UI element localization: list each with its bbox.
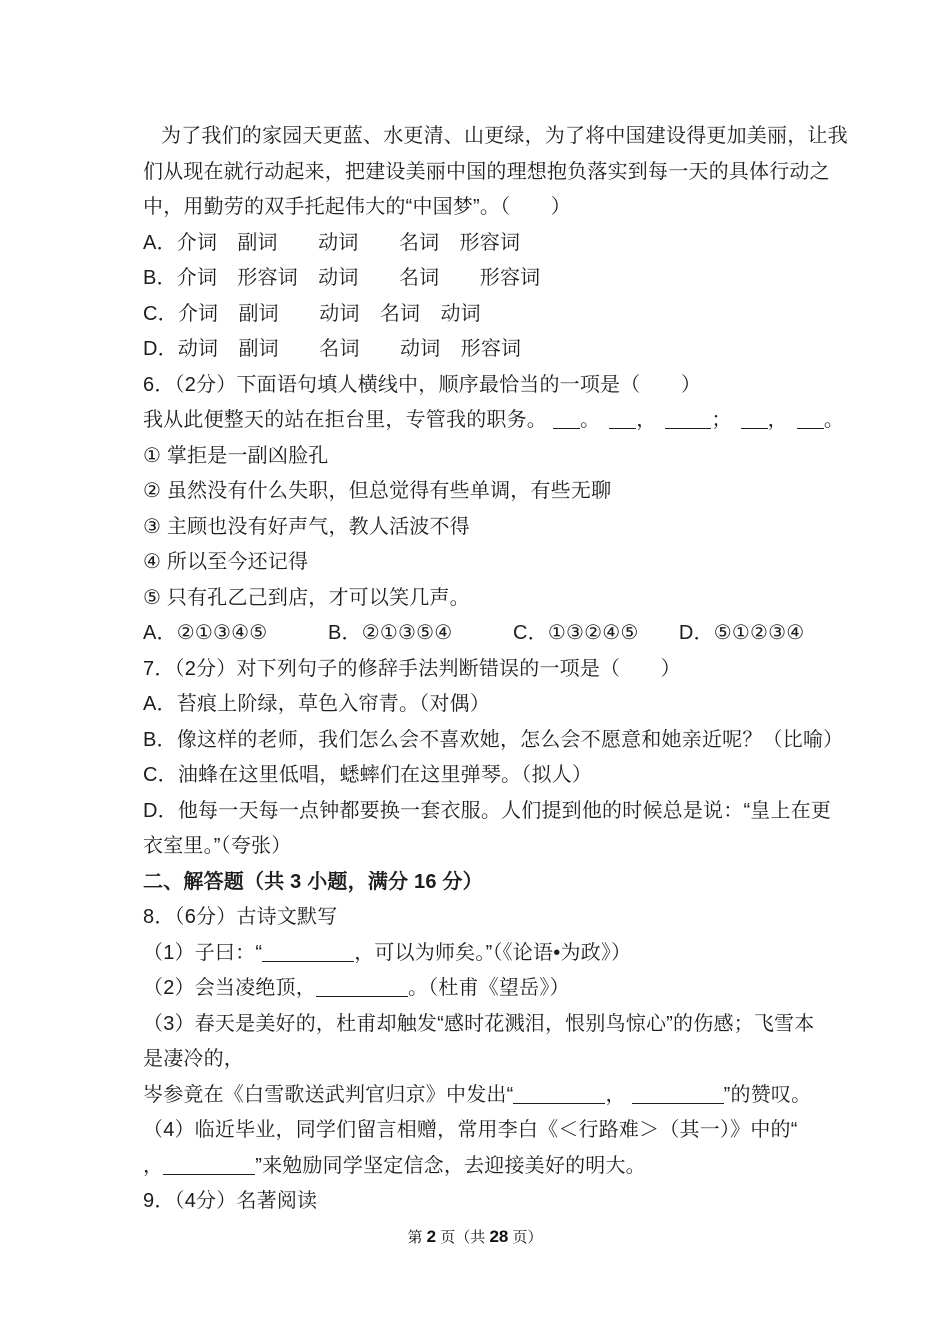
text-run: A．介词 副词 动词 名词 形容词 bbox=[143, 232, 520, 254]
fill-in-blank-underline bbox=[665, 426, 711, 429]
text-run: ， bbox=[768, 409, 788, 431]
q5-option-d: D．动词 副词 名词 动词 形容词 bbox=[143, 332, 850, 368]
text-run: 28 bbox=[489, 1227, 508, 1246]
text-run: D．他每一天每一点钟都要换一套衣服。人们提到他的时候总是说：“皇上在更 bbox=[143, 800, 831, 822]
q7-option-a: A．苔痕上阶绿，草色入帘青。（对偶） bbox=[143, 687, 850, 723]
text-run: ”来勉励同学坚定信念，去迎接美好的明大。 bbox=[255, 1155, 646, 1177]
text-run: ， bbox=[605, 1084, 625, 1106]
text-run: （3）春天是美好的，杜甫却触发“感时花溅泪，恨别鸟惊心”的伤感；飞雪本 bbox=[143, 1013, 814, 1035]
fill-in-blank-underline bbox=[553, 426, 580, 429]
q8-sub-1: （1）子曰：“，可以为师矣。”（《论语•为政》） bbox=[143, 936, 850, 972]
q6-item-4: ④ 所以至今还记得 bbox=[143, 545, 850, 581]
document-body: 为了我们的家园天更蓝、水更清、山更绿，为了将中国建设得更加美丽，让我们从现在就行… bbox=[143, 119, 850, 1220]
q8-sub-3-line-2: 是凄冷的， bbox=[143, 1042, 850, 1078]
text-run: 岑参竟在《白雪歌送武判官归京》中发出“ bbox=[143, 1084, 513, 1106]
text-run: 8．（6分）古诗文默写 bbox=[143, 906, 337, 928]
fill-in-blank-underline bbox=[632, 1101, 724, 1104]
text-run: （1）子曰：“ bbox=[143, 942, 262, 964]
q7-option-b: B．像这样的老师，我们怎么会不喜欢她，怎么会不愿意和她亲近呢？（比喻） bbox=[143, 723, 850, 759]
q8-stem: 8．（6分）古诗文默写 bbox=[143, 900, 850, 936]
text-run: 。（杜甫《望岳》） bbox=[408, 977, 570, 999]
q8-sub-3-line-1: （3）春天是美好的，杜甫却触发“感时花溅泪，恨别鸟惊心”的伤感；飞雪本 bbox=[143, 1007, 850, 1043]
q5-passage-line-2: 们从现在就行动起来，把建设美丽中国的理想抱负落实到每一天的具体行动之 bbox=[143, 155, 850, 191]
text-run: 为了我们的家园天更蓝、水更清、山更绿，为了将中国建设得更加美丽，让我 bbox=[161, 125, 848, 147]
fill-in-blank-underline bbox=[741, 426, 768, 429]
q7-option-d-line-2: 衣室里。”（夸张） bbox=[143, 829, 850, 865]
text-run: 9．（4分）名著阅读 bbox=[143, 1190, 317, 1212]
text-run: 是凄冷的， bbox=[143, 1048, 244, 1070]
text-run: ， bbox=[636, 409, 656, 431]
text-run: ④ 所以至今还记得 bbox=[143, 551, 308, 573]
text-run: 。 bbox=[580, 409, 600, 431]
text-run: C．油蜂在这里低唱，蟋蟀们在这里弹琴。（拟人） bbox=[143, 764, 592, 786]
text-run: A．苔痕上阶绿，草色入帘青。（对偶） bbox=[143, 693, 490, 715]
text-run: 们从现在就行动起来，把建设美丽中国的理想抱负落实到每一天的具体行动之 bbox=[143, 161, 830, 183]
q5-passage-line-3: 中，用勤劳的双手托起伟大的“中国梦”。（ ） bbox=[143, 190, 850, 226]
text-run: 页） bbox=[508, 1229, 542, 1246]
text-run: 页（共 bbox=[436, 1229, 489, 1246]
q6-sentence-with-blanks: 我从此便整天的站在拒台里，专管我的职务。。，；，。 bbox=[143, 403, 850, 439]
q6-item-3: ③ 主顾也没有好声气，教人活波不得 bbox=[143, 510, 850, 546]
q8-sub-4-line-1: （4）临近毕业，同学们留言相赠，常用李白《＜行路难＞（其一）》中的“ bbox=[143, 1113, 850, 1149]
q6-options-row: A．②①③④⑤ B．②①③⑤④ C．①③②④⑤ D．⑤①②③④ bbox=[143, 616, 850, 652]
text-run: A．②①③④⑤ B．②①③⑤④ C．①③②④⑤ D．⑤①②③④ bbox=[143, 622, 804, 644]
fill-in-blank-underline bbox=[797, 426, 824, 429]
text-run: B．像这样的老师，我们怎么会不喜欢她，怎么会不愿意和她亲近呢？（比喻） bbox=[143, 729, 843, 751]
text-run: 中，用勤劳的双手托起伟大的“中国梦”。（ ） bbox=[143, 196, 571, 218]
text-run: （4）临近毕业，同学们留言相赠，常用李白《＜行路难＞（其一）》中的“ bbox=[143, 1119, 798, 1141]
q8-sub-3-line-3: 岑参竟在《白雪歌送武判官归京》中发出“，”的赞叹。 bbox=[143, 1078, 850, 1114]
text-run: ③ 主顾也没有好声气，教人活波不得 bbox=[143, 516, 470, 538]
q5-option-b: B．介词 形容词 动词 名词 形容词 bbox=[143, 261, 850, 297]
text-run: ， bbox=[143, 1155, 163, 1177]
text-run: 二、解答题（共 3 小题，满分 16 分） bbox=[143, 871, 483, 893]
q9-stem: 9．（4分）名著阅读 bbox=[143, 1184, 850, 1220]
text-run: 6．（2分）下面语句填人横线中，顺序最恰当的一项是（ ） bbox=[143, 374, 701, 396]
fill-in-blank-underline bbox=[513, 1101, 605, 1104]
q7-option-d-line-1: D．他每一天每一点钟都要换一套衣服。人们提到他的时候总是说：“皇上在更 bbox=[143, 794, 850, 830]
q6-item-1: ① 掌拒是一副凶脸孔 bbox=[143, 439, 850, 475]
text-run: 。 bbox=[824, 409, 844, 431]
text-run: C．介词 副词 动词 名词 动词 bbox=[143, 303, 481, 325]
fill-in-blank-underline bbox=[609, 426, 636, 429]
q6-stem: 6．（2分）下面语句填人横线中，顺序最恰当的一项是（ ） bbox=[143, 368, 850, 404]
q6-item-5: ⑤ 只有孔乙己到店，才可以笑几声。 bbox=[143, 581, 850, 617]
text-run: ； bbox=[711, 409, 731, 431]
exam-page: { "page": { "kind": "chinese-language-ex… bbox=[0, 0, 950, 1344]
q8-sub-4-line-2: ，”来勉励同学坚定信念，去迎接美好的明大。 bbox=[143, 1149, 850, 1185]
text-run: ，可以为师矣。”（《论语•为政》） bbox=[354, 942, 631, 964]
text-run: 2 bbox=[427, 1227, 436, 1246]
text-run: B．介词 形容词 动词 名词 形容词 bbox=[143, 267, 540, 289]
q5-option-a: A．介词 副词 动词 名词 形容词 bbox=[143, 226, 850, 262]
section-2-heading: 二、解答题（共 3 小题，满分 16 分） bbox=[143, 865, 850, 901]
q6-item-2: ② 虽然没有什么失职，但总觉得有些单调，有些无聊 bbox=[143, 474, 850, 510]
fill-in-blank-underline bbox=[262, 959, 354, 962]
q7-stem: 7．（2分）对下列句子的修辞手法判断错误的一项是（ ） bbox=[143, 652, 850, 688]
fill-in-blank-underline bbox=[163, 1172, 255, 1175]
text-run: 我从此便整天的站在拒台里，专管我的职务。 bbox=[143, 409, 547, 431]
text-run: ① 掌拒是一副凶脸孔 bbox=[143, 445, 329, 467]
q7-option-c: C．油蜂在这里低唱，蟋蟀们在这里弹琴。（拟人） bbox=[143, 758, 850, 794]
text-run: 7．（2分）对下列句子的修辞手法判断错误的一项是（ ） bbox=[143, 658, 681, 680]
q5-passage-line-1: 为了我们的家园天更蓝、水更清、山更绿，为了将中国建设得更加美丽，让我 bbox=[143, 119, 850, 155]
text-run: 衣室里。”（夸张） bbox=[143, 835, 291, 857]
fill-in-blank-underline bbox=[316, 994, 408, 997]
q5-option-c: C．介词 副词 动词 名词 动词 bbox=[143, 297, 850, 333]
text-run: （2）会当凌绝顶， bbox=[143, 977, 316, 999]
page-footer: 第 2 页（共 28 页） bbox=[0, 1219, 950, 1256]
text-run: D．动词 副词 名词 动词 形容词 bbox=[143, 338, 521, 360]
text-run: ② 虽然没有什么失职，但总觉得有些单调，有些无聊 bbox=[143, 480, 611, 502]
text-run: ⑤ 只有孔乙己到店，才可以笑几声。 bbox=[143, 587, 470, 609]
text-run: ”的赞叹。 bbox=[724, 1084, 812, 1106]
q8-sub-2: （2）会当凌绝顶，。（杜甫《望岳》） bbox=[143, 971, 850, 1007]
text-run: 第 bbox=[407, 1229, 426, 1246]
